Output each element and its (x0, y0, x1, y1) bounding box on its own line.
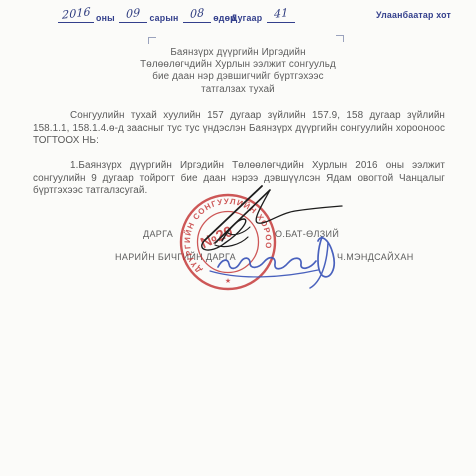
title-line: бие даан нэр дэвшигчийг бүртгэхээс (0, 71, 476, 83)
year-label: оны (96, 13, 115, 23)
date-line: 2016оны 09сарын 08өдөр (56, 8, 236, 23)
signature-role-chairman: ДАРГА (143, 229, 173, 239)
handwritten-year: 2016 (62, 5, 91, 22)
title-line: Төлөөлөгчдийн Хурлын ээлжит сонгуульд (0, 59, 476, 71)
day-blank: 08 (183, 8, 211, 23)
handwritten-number: 41 (274, 6, 289, 21)
number-label: Дугаар (231, 13, 262, 23)
title-corner-mark-left (148, 37, 156, 44)
ink-signatures (170, 175, 400, 300)
month-label: сарын (149, 13, 178, 23)
title-line: Баянзүрх дүүргийн Иргэдийн (0, 47, 476, 59)
month-blank: 09 (119, 8, 147, 23)
document-number: Дугаар 41 (231, 8, 297, 23)
document-title: Баянзүрх дүүргийн Иргэдийн Төлөөлөгчдийн… (0, 47, 476, 96)
number-blank: 41 (267, 8, 295, 23)
city-label: Улаанбаатар хот (376, 10, 451, 20)
body-paragraph-legal-basis: Сонгуулийн тухай хуулийн 157 дугаар зүйл… (33, 110, 445, 148)
title-corner-mark-right (336, 35, 344, 42)
secretary-signature-ink (210, 237, 334, 288)
title-line: татгалзах тухай (0, 84, 476, 96)
scanned-decree-document: 2016оны 09сарын 08өдөр Дугаар 41 Улаанба… (0, 0, 476, 476)
handwritten-day: 08 (190, 6, 205, 21)
year-blank: 2016 (58, 8, 94, 23)
handwritten-month: 09 (126, 6, 141, 21)
